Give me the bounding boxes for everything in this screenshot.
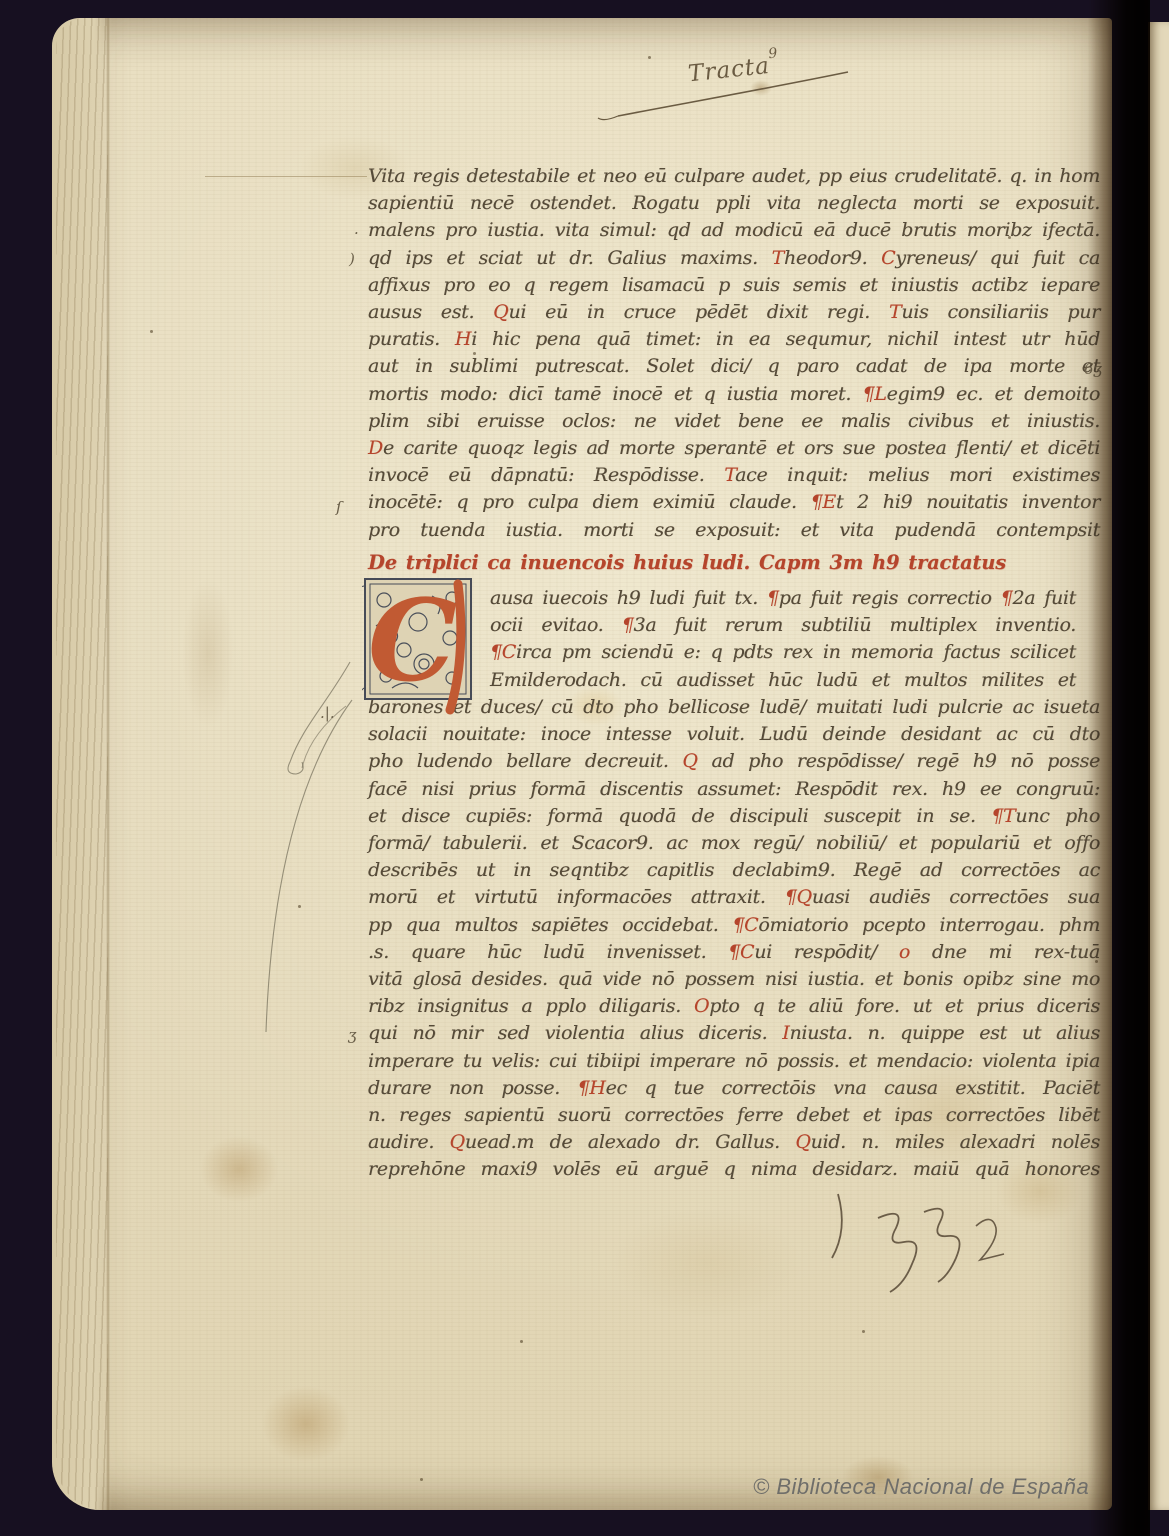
line-text: Emilderodach. cū audisset hūc ludū et mu… bbox=[490, 669, 1076, 691]
stain bbox=[200, 1136, 278, 1202]
line-text: ui eū in cruce pēdēt dixit regi. bbox=[508, 301, 889, 323]
stain bbox=[182, 578, 234, 728]
manuscript-line: sapientiū necē ostendet. Rogatu ppli vit… bbox=[368, 190, 1100, 217]
manuscript-line: audire. Quead.m de alexado dr. Gallus. Q… bbox=[368, 1129, 1100, 1156]
line-text: Vita regis detestabile et neo eū culpare… bbox=[368, 165, 1100, 187]
manuscript-line: describēs ut in seqntibz capitlis declab… bbox=[368, 857, 1100, 884]
rubricated-letter: T bbox=[889, 301, 901, 323]
line-text: durare non posse. bbox=[368, 1077, 578, 1099]
line-text: ec q tue correctōis vna causa exstitit. … bbox=[606, 1077, 1100, 1099]
line-text: affixus pro eo q regem lisamacū p suis s… bbox=[368, 274, 1100, 296]
line-text: ocii evitao. bbox=[490, 614, 622, 636]
manuscript-line: .s. quare hūc ludū invenisset. ¶Cui resp… bbox=[368, 939, 1100, 966]
line-text: i hic pena quā timet: in ea sequmur, nic… bbox=[471, 328, 1100, 350]
rubricated-letter: Q bbox=[682, 750, 697, 772]
manuscript-line: Vita regis detestabile et neo eū culpare… bbox=[368, 163, 1100, 190]
line-text: mortis modo: dicī tamē inocē et q iustia… bbox=[368, 383, 862, 405]
line-text: sapientiū necē ostendet. Rogatu ppli vit… bbox=[368, 192, 1100, 214]
rubricated-letter: ¶L bbox=[862, 383, 886, 405]
line-text: t 2 hi9 nouitatis inventor bbox=[836, 491, 1100, 513]
line-text: niusta. n. quippe est ut alius bbox=[789, 1022, 1100, 1044]
line-text: uis consiliariis pur bbox=[901, 301, 1100, 323]
manuscript-line: n. reges sapientū suorū correctōes ferre… bbox=[368, 1102, 1100, 1129]
manuscript-scan: Tracta9 Vita regis detestabile et neo eū… bbox=[0, 0, 1169, 1536]
line-text: 3a fuit rerum subtiliū multiplex inventi… bbox=[634, 614, 1076, 636]
manuscript-line: affixus pro eo q regem lisamacū p suis s… bbox=[368, 272, 1100, 299]
line-text: irca pm sciendū e: q pdts rex in memoria… bbox=[516, 641, 1076, 663]
rubricated-letter: H bbox=[455, 328, 471, 350]
rubricated-letter: ¶C bbox=[732, 914, 758, 936]
line-text: pa fuit regis correctio bbox=[779, 587, 1001, 609]
margin-mark: ) bbox=[349, 250, 355, 268]
manuscript-line: durare non posse. ¶Hec q tue correctōis … bbox=[368, 1075, 1100, 1102]
line-text: ausus est. bbox=[368, 301, 493, 323]
binding-gutter-shadow bbox=[1088, 0, 1150, 1536]
rubricated-letter: ¶H bbox=[578, 1077, 606, 1099]
manuscript-line: pp qua multos sapiētes occidebat. ¶Cōmia… bbox=[368, 912, 1100, 939]
margin-mark: ʒ bbox=[348, 1026, 356, 1044]
stain bbox=[262, 1386, 350, 1462]
rubricated-letter: ¶ bbox=[767, 587, 779, 609]
rubricated-letter: T bbox=[724, 464, 735, 486]
manuscript-line: ribz insignitus a pplo diligaris. Opto q… bbox=[368, 993, 1100, 1020]
manuscript-line: barones et duces/ cū dto pho bellicose l… bbox=[368, 694, 1100, 721]
margin-mark: ſ bbox=[336, 498, 342, 516]
manuscript-line: morū et virtutū informacōes attraxit. ¶Q… bbox=[368, 884, 1100, 911]
manuscript-line: ¶Circa pm sciendū e: q pdts rex in memor… bbox=[490, 639, 1076, 666]
line-text: e carite quoqz legis ad morte sperantē e… bbox=[383, 437, 1100, 459]
rubricated-letter: O bbox=[694, 995, 709, 1017]
manuscript-line: invocē eū dāpnatū: Respōdisse. Tace inqu… bbox=[368, 462, 1100, 489]
line-text: plim sibi eruisse oclos: ne videt bene e… bbox=[368, 410, 1100, 432]
stain bbox=[612, 1208, 802, 1318]
rubricated-letter: ¶C bbox=[490, 641, 516, 663]
chapter-rubric: De triplici ca inuencois huius ludi. Cap… bbox=[368, 551, 1006, 574]
text-block-upper: Vita regis detestabile et neo eū culpare… bbox=[368, 163, 1100, 544]
rubricated-letter: ¶ bbox=[1001, 587, 1013, 609]
line-text: uid. n. miles alexadri nolēs bbox=[811, 1131, 1100, 1153]
line-text: barones et duces/ cū dto pho bellicose l… bbox=[368, 696, 1100, 718]
line-text: reprehōne maxi9 volēs eū arguē q nima de… bbox=[368, 1158, 1100, 1180]
line-text: puratis. bbox=[368, 328, 455, 350]
header-abbreviation: 9 bbox=[768, 45, 780, 62]
line-text: formā/ tabulerii. et Scacor9. ac mox reg… bbox=[368, 832, 1100, 854]
manuscript-line: qd ips et sciat ut dr. Galius maxims. Th… bbox=[368, 245, 1100, 272]
rubricated-letter: Q bbox=[795, 1131, 810, 1153]
line-text: vitā glosā desides. quā vide nō possem n… bbox=[368, 968, 1100, 990]
line-text: pho ludendo bellare decreuit. bbox=[368, 750, 682, 772]
manuscript-line: Emilderodach. cū audisset hūc ludū et mu… bbox=[490, 667, 1076, 694]
binding-crease bbox=[106, 18, 110, 1510]
line-text: ribz insignitus a pplo diligaris. bbox=[368, 995, 694, 1017]
text-block-lower: barones et duces/ cū dto pho bellicose l… bbox=[368, 694, 1100, 1184]
rubricated-letter: ¶ bbox=[622, 614, 634, 636]
manuscript-line: formā/ tabulerii. et Scacor9. ac mox reg… bbox=[368, 830, 1100, 857]
margin-mark: · bbox=[354, 224, 359, 242]
line-text: invocē eū dāpnatū: Respōdisse. bbox=[368, 464, 724, 486]
rubricated-letter: Q bbox=[493, 301, 508, 323]
rubricated-letter: o bbox=[899, 941, 910, 963]
line-text: imperare tu velis: cui tibiipi imperare … bbox=[368, 1050, 1100, 1072]
ink-speck bbox=[520, 1340, 523, 1343]
manuscript-line: reprehōne maxi9 volēs eū arguē q nima de… bbox=[368, 1156, 1100, 1183]
line-text: describēs ut in seqntibz capitlis declab… bbox=[368, 859, 1100, 881]
manuscript-line: plim sibi eruisse oclos: ne videt bene e… bbox=[368, 408, 1100, 435]
illuminated-initial: C bbox=[362, 576, 476, 704]
line-text: audire. bbox=[368, 1131, 450, 1153]
line-text: ausa iuecois h9 ludi fuit tx. bbox=[490, 587, 767, 609]
line-text: yreneus/ qui fuit ca bbox=[895, 247, 1100, 269]
line-text: n. reges sapientū suorū correctōes ferre… bbox=[368, 1104, 1100, 1126]
facing-page-sliver bbox=[1148, 22, 1169, 1510]
line-text: heodor9. bbox=[784, 247, 881, 269]
manuscript-line: De carite quoqz legis ad morte sperantē … bbox=[368, 435, 1100, 462]
line-text: solacii nouitate: inoce intesse voluit. … bbox=[368, 723, 1100, 745]
manuscript-line: ausa iuecois h9 ludi fuit tx. ¶pa fuit r… bbox=[490, 585, 1076, 612]
manuscript-line: facē nisi prius formā discentis assumet:… bbox=[368, 776, 1100, 803]
line-text: pp qua multos sapiētes occidebat. bbox=[368, 914, 732, 936]
line-text: ad pho respōdisse/ regē h9 nō posse bbox=[698, 750, 1100, 772]
line-text: qd ips et sciat ut dr. Galius maxims. bbox=[368, 247, 772, 269]
manuscript-line: inocētē: q pro culpa diem eximiū claude.… bbox=[368, 489, 1100, 516]
line-text: 2a fuit bbox=[1012, 587, 1076, 609]
manuscript-line: vitā glosā desides. quā vide nō possem n… bbox=[368, 966, 1100, 993]
ink-speck bbox=[862, 1330, 865, 1333]
line-text: qui nō mir sed violentia alius diceris. bbox=[368, 1022, 782, 1044]
illuminated-initial-icon: C bbox=[362, 576, 476, 726]
line-text: inocētē: q pro culpa diem eximiū claude. bbox=[368, 491, 811, 513]
manuscript-line: pro tuenda iustia. morti se exposuit: et… bbox=[368, 517, 1100, 544]
line-text: facē nisi prius formā discentis assumet:… bbox=[368, 778, 1100, 800]
line-text: et disce cupiēs: formā quodā de discipul… bbox=[368, 805, 991, 827]
line-text: uead.m de alexado dr. Gallus. bbox=[465, 1131, 795, 1153]
initial-letter: C bbox=[368, 576, 457, 707]
line-text: pro tuenda iustia. morti se exposuit: et… bbox=[368, 519, 1100, 541]
ink-speck bbox=[298, 905, 301, 908]
rubricated-letter: C bbox=[881, 247, 895, 269]
manuscript-line: malens pro iustia. vita simul: qd ad mod… bbox=[368, 217, 1100, 244]
page-edge-stripes bbox=[56, 18, 108, 1510]
manuscript-line: ausus est. Qui eū in cruce pēdēt dixit r… bbox=[368, 299, 1100, 326]
line-text: malens pro iustia. vita simul: qd ad mod… bbox=[368, 219, 1100, 241]
line-text: ōmiatorio pcepto interrogau. phm bbox=[758, 914, 1100, 936]
line-text: morū et virtutū informacōes attraxit. bbox=[368, 886, 785, 908]
line-text: dne mi rex-tuā bbox=[910, 941, 1100, 963]
rubricated-letter: ¶E bbox=[811, 491, 836, 513]
manuscript-line: puratis. Hi hic pena quā timet: in ea se… bbox=[368, 326, 1100, 353]
rubricated-letter: ¶C bbox=[728, 941, 754, 963]
line-text: pto q te aliū fore. ut et prius diceris bbox=[709, 995, 1100, 1017]
margin-mark: .|. bbox=[320, 704, 335, 722]
manuscript-line: ocii evitao. ¶3a fuit rerum subtiliū mul… bbox=[490, 612, 1076, 639]
rubricated-letter: ¶Q bbox=[785, 886, 812, 908]
rubricated-letter: D bbox=[368, 437, 383, 459]
line-text: aut in sublimi putrescat. Solet dici/ q … bbox=[368, 355, 1100, 377]
ink-speck bbox=[648, 56, 651, 59]
manuscript-line: pho ludendo bellare decreuit. Q ad pho r… bbox=[368, 748, 1100, 775]
manuscript-line: qui nō mir sed violentia alius diceris. … bbox=[368, 1020, 1100, 1047]
text-block-beside-initial: ausa iuecois h9 ludi fuit tx. ¶pa fuit r… bbox=[490, 585, 1076, 694]
credit-line: © Biblioteca Nacional de España bbox=[753, 1474, 1089, 1500]
ink-speck bbox=[150, 330, 153, 333]
line-text: uasi audiēs correctōes sua bbox=[812, 886, 1100, 908]
manuscript-line: mortis modo: dicī tamē inocē et q iustia… bbox=[368, 381, 1100, 408]
rubricated-letter: T bbox=[772, 247, 784, 269]
stain bbox=[750, 80, 772, 96]
rubricated-letter: Q bbox=[450, 1131, 465, 1153]
rubricated-letter: ¶T bbox=[991, 805, 1015, 827]
line-text: .s. quare hūc ludū invenisset. bbox=[368, 941, 728, 963]
line-text: ace inquit: melius mori existimes bbox=[735, 464, 1100, 486]
manuscript-line: et disce cupiēs: formā quodā de discipul… bbox=[368, 803, 1100, 830]
line-text: egim9 ec. et demoito bbox=[887, 383, 1100, 405]
line-text: ui respōdit/ bbox=[754, 941, 899, 963]
manuscript-line: imperare tu velis: cui tibiipi imperare … bbox=[368, 1048, 1100, 1075]
manuscript-line: solacii nouitate: inoce intesse voluit. … bbox=[368, 721, 1100, 748]
ink-speck bbox=[420, 1478, 423, 1481]
manuscript-line: aut in sublimi putrescat. Solet dici/ q … bbox=[368, 353, 1100, 380]
